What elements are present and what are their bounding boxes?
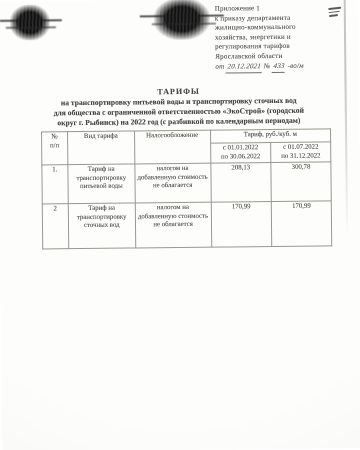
- header-tax-cell: Налогообложение: [134, 130, 210, 164]
- scanned-document-page: Приложение 1 к приказу департамента жили…: [0, 0, 360, 450]
- period2-value-cell: 300,78: [271, 162, 331, 202]
- order-number-handwritten: 433: [272, 62, 286, 73]
- document-header: Приложение 1 к приказу департамента жили…: [215, 3, 348, 73]
- period1-value-cell: 208,13: [210, 163, 271, 203]
- ink-stamp-left: [10, 4, 50, 40]
- ink-stamp-right: [154, 0, 210, 40]
- tax-cell: налогом на добавленную стоимость не обла…: [135, 163, 211, 203]
- ink-blot-icon: [154, 0, 210, 40]
- header-tariff-group-cell: Тариф, руб./куб. м: [210, 129, 331, 143]
- period1-value-cell: 170,99: [211, 202, 272, 248]
- header-period2-cell: с 01.07.2022 по 31.12.2022: [271, 142, 331, 163]
- order-prefix: от: [215, 63, 224, 71]
- order-date-line: от 20.12.2021 № 433 -во/м: [215, 61, 347, 73]
- row-number-cell: 1.: [42, 165, 68, 204]
- tariff-type-cell: Тариф на транспортировку сточных вод: [68, 203, 135, 249]
- document-title: ТАРИФЫ на транспортировку питьевой воды …: [11, 85, 347, 129]
- title-line: округ г. Рыбинск) на 2022 год (с разбивк…: [11, 115, 347, 129]
- table-row: 2 Тариф на транспортировку сточных вод н…: [42, 201, 331, 249]
- tariff-table: № п/п Вид тарифа Налогообложение Тариф, …: [41, 128, 332, 249]
- order-number-sign: №: [264, 62, 271, 70]
- order-date-handwritten: 20.12.2021: [226, 62, 263, 73]
- tax-cell: налогом на добавленную стоимость не обла…: [135, 202, 211, 248]
- header-type-cell: Вид тарифа: [67, 131, 134, 165]
- ink-blot-icon: [10, 4, 50, 40]
- row-number-cell: 2: [42, 204, 68, 249]
- tariff-type-cell: Тариф на транспортировку питьевой воды: [68, 164, 135, 204]
- header-period1-cell: с 01.01.2022 по 30.06.2022: [210, 143, 271, 164]
- header-num-cell: № п/п: [42, 132, 68, 165]
- table-row: 1. Тариф на транспортировку питьевой вод…: [42, 162, 331, 204]
- order-suffix: -во/м: [288, 62, 304, 70]
- period2-value-cell: 170,99: [271, 201, 331, 247]
